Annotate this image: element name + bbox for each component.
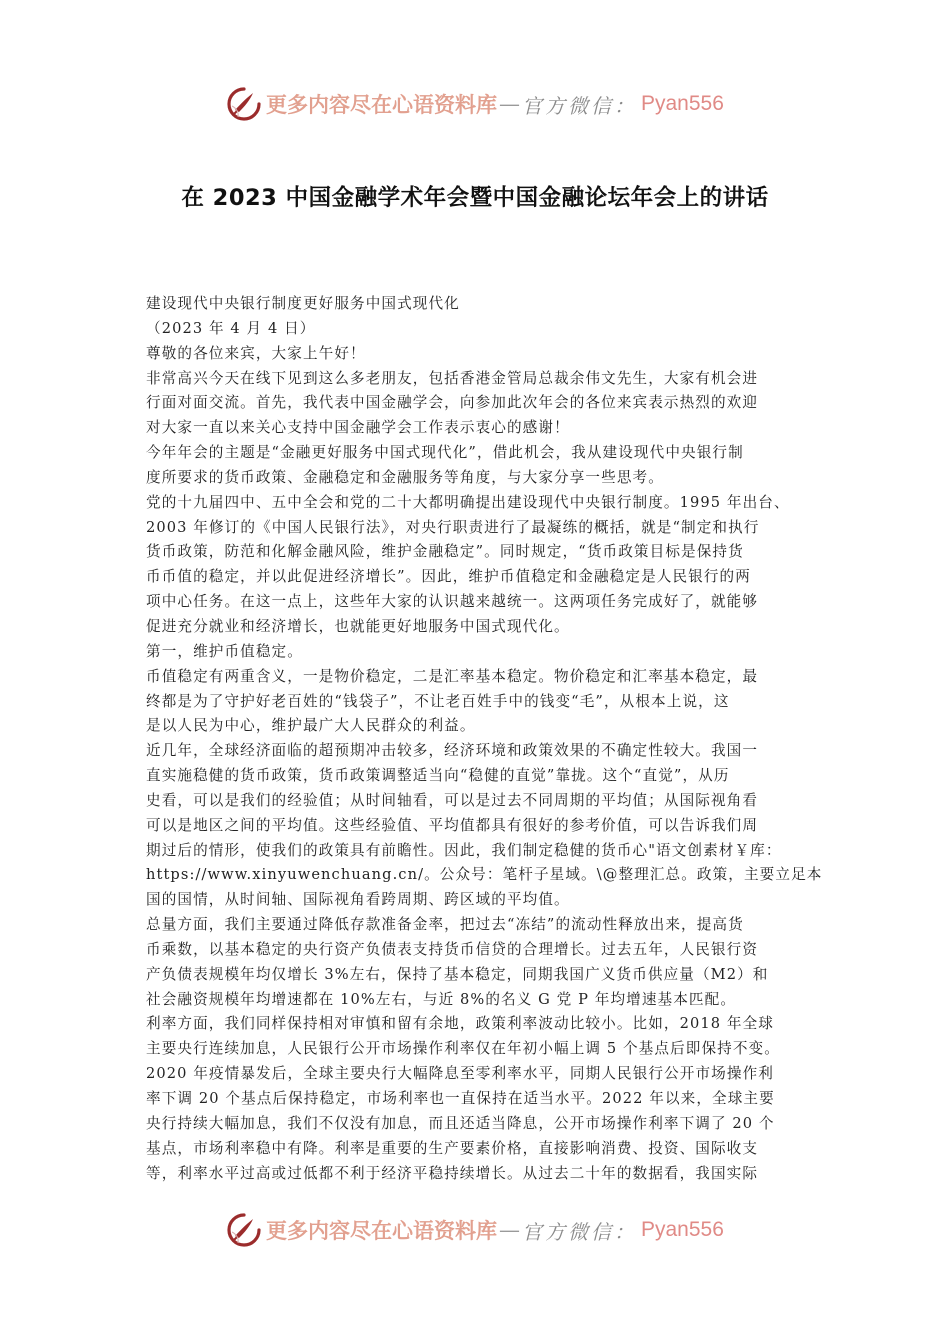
banner-official-label: 官方微信： [522,90,637,119]
body-line-with-url: https://www.xinyuwenchuang.cn/。公众号：笔杆子星域… [146,863,826,888]
body-line: 币币值的稳定，并以此促进经济增长”。因此，维护币值稳定和金融稳定是人民银行的两 [146,565,826,590]
body-line: 主要央行连续加息，人民银行公开市场操作利率仅在年初小幅上调 5 个基点后即保持不… [146,1037,826,1062]
date-line: （2023 年 4 月 4 日） [146,317,826,342]
quill-pen-circle-icon [226,86,262,122]
body-line: 2020 年疫情暴发后，全球主要央行大幅降息至零利率水平，同期人民银行公开市场操… [146,1062,826,1087]
greeting: 尊敬的各位来宾，大家上午好！ [146,342,826,367]
banner-lead-text: 更多内容尽在心语资料库 [266,89,497,119]
body-line: 对大家一直以来关心支持中国金融学会工作表示衷心的感谢！ [146,416,826,441]
body-line: 终都是为了守护好老百姓的“钱袋子”，不让老百姓手中的钱变“毛”，从根本上说，这 [146,690,826,715]
body-line: 利率方面，我们同样保持相对审慎和留有余地，政策利率波动比较小。比如，2018 年… [146,1012,826,1037]
subtitle: 建设现代中央银行制度更好服务中国式现代化 [146,292,826,317]
body-line: 直实施稳健的货币政策，货币政策调整适当向“稳健的直觉”靠拢。这个“直觉”，从历 [146,764,826,789]
header-watermark-banner: 更多内容尽在心语资料库 — 官方微信： Pyan556 [226,84,724,124]
body-line: 货币政策，防范和化解金融风险，维护金融稳定”。同时规定，“货币政策目标是保持货 [146,540,826,565]
body-line: 央行持续大幅加息，我们不仅没有加息，而且还适当降息，公开市场操作利率下调了 20… [146,1112,826,1137]
body-line: 可以是地区之间的平均值。这些经验值、平均值都具有很好的参考价值，可以告诉我们周 [146,814,826,839]
body-line: 是以人民为中心，维护最广大人民群众的利益。 [146,714,826,739]
body-line: 党的十九届四中、五中全会和党的二十大都明确提出建设现代中央银行制度。1995 年… [146,491,826,516]
document-title: 在 2023 中国金融学术年会暨中国金融论坛年会上的讲话 [0,180,950,212]
banner-wechat-id: Pyan556 [641,1218,724,1242]
banner-dash: — [499,92,520,116]
banner-dash: — [499,1218,520,1242]
body-line: 促进充分就业和经济增长，也就能更好地服务中国式现代化。 [146,615,826,640]
section-heading: 第一，维护币值稳定。 [146,640,826,665]
body-line: 基点，市场利率稳中有降。利率是重要的生产要素价格，直接影响消费、投资、国际收支 [146,1137,826,1162]
body-line: 总量方面，我们主要通过降低存款准备金率，把过去“冻结”的流动性释放出来，提高货 [146,913,826,938]
body-line: 度所要求的货币政策、金融稳定和金融服务等角度，与大家分享一些思考。 [146,466,826,491]
body-line: 币乘数，以基本稳定的央行资产负债表支持货币信贷的合理增长。过去五年，人民银行资 [146,938,826,963]
body-line: 近几年，全球经济面临的超预期冲击较多，经济环境和政策效果的不确定性较大。我国一 [146,739,826,764]
body-line: 史看，可以是我们的经验值；从时间轴看，可以是过去不同周期的平均值；从国际视角看 [146,789,826,814]
document-body: 建设现代中央银行制度更好服务中国式现代化 （2023 年 4 月 4 日） 尊敬… [146,292,826,1186]
footer-watermark-banner: 更多内容尽在心语资料库 — 官方微信： Pyan556 [226,1210,724,1250]
banner-wechat-id: Pyan556 [641,92,724,116]
quill-pen-circle-icon [226,1212,262,1248]
body-line: 项中心任务。在这一点上，这些年大家的认识越来越统一。这两项任务完成好了，就能够 [146,590,826,615]
body-line: 今年年会的主题是“金融更好服务中国式现代化”，借此机会，我从建设现代中央银行制 [146,441,826,466]
banner-official-label: 官方微信： [522,1216,637,1245]
body-line: 率下调 20 个基点后保持稳定，市场利率也一直保持在适当水平。2022 年以来，… [146,1087,826,1112]
body-line: 国的国情，从时间轴、国际视角看跨周期、跨区域的平均值。 [146,888,826,913]
banner-lead-text: 更多内容尽在心语资料库 [266,1215,497,1245]
body-line: 社会融资规模年均增速都在 10%左右，与近 8%的名义 G 党 P 年均增速基本… [146,988,826,1013]
body-line: 等，利率水平过高或过低都不利于经济平稳持续增长。从过去二十年的数据看，我国实际 [146,1162,826,1187]
body-line: 期过后的情形，使我们的政策具有前瞻性。因此，我们制定稳健的货币心"语文创素材￥库… [146,839,826,864]
body-line: 行面对面交流。首先，我代表中国金融学会，向参加此次年会的各位来宾表示热烈的欢迎 [146,391,826,416]
body-line: 币值稳定有两重含义，一是物价稳定，二是汇率基本稳定。物价稳定和汇率基本稳定，最 [146,665,826,690]
body-line: 2003 年修订的《中国人民银行法》，对央行职责进行了最凝练的概括，就是“制定和… [146,516,826,541]
body-line: 非常高兴今天在线下见到这么多老朋友，包括香港金管局总裁余伟文先生，大家有机会进 [146,367,826,392]
body-line: 产负债表规模年均仅增长 3%左右，保持了基本稳定，同期我国广义货币供应量（M2）… [146,963,826,988]
